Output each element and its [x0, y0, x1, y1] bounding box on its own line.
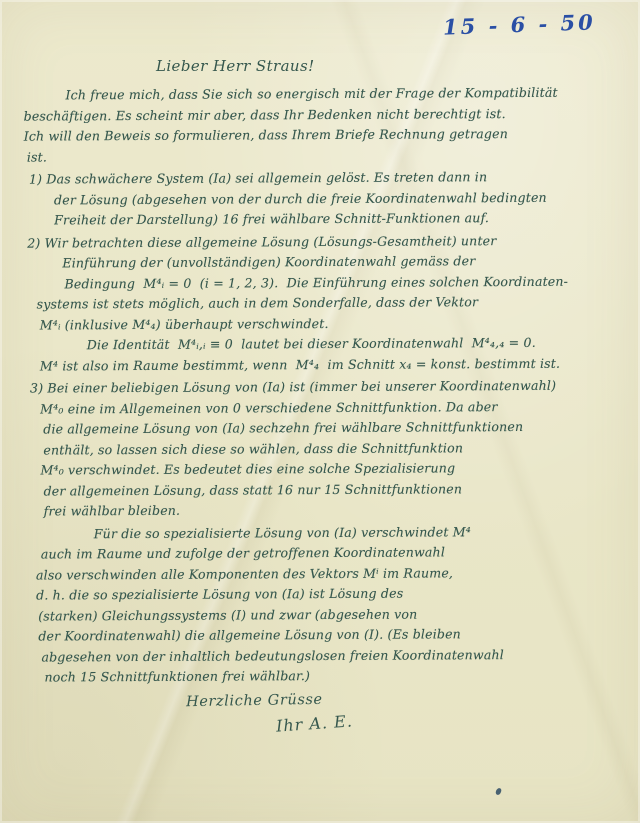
letter-body: Ich freue mich, dass Sie sich so energis… [23, 82, 632, 688]
closing-greeting: Herzliche Grüsse [186, 692, 323, 710]
letter-line: Bedingung M⁴ᵢ = 0 (i = 1, 2, 3). Die Ein… [24, 271, 630, 295]
letter-page: 15 - 6 - 50 Lieber Herr Straus! Ich freu… [0, 0, 640, 823]
letter-line: Freiheit der Darstellung) 16 frei wählba… [24, 207, 630, 231]
letter-paragraph: 2) Wir betrachten diese allgemeine Lösun… [24, 230, 631, 377]
letter-line: der Lösung (abgesehen von der durch die … [24, 187, 630, 211]
letter-line: frei wählbar bleiben. [26, 498, 632, 522]
letter-paragraph: 3) Bei einer beliebigen Lösung von (Ia) … [25, 375, 632, 522]
ink-blot [495, 787, 502, 795]
salutation: Lieber Herr Straus! [156, 57, 315, 75]
letter-line: 3) Bei einer beliebigen Lösung von (Ia) … [25, 375, 631, 399]
signature: Ihr A. E. [275, 711, 353, 735]
letter-line: Ich freue mich, dass Sie sich so energis… [23, 82, 629, 106]
letter-paragraph: Ich freue mich, dass Sie sich so energis… [23, 82, 629, 167]
letter-paragraph: 1) Das schwächere System (Ia) sei allgem… [24, 166, 630, 231]
letter-line: noch 15 Schnittfunktionen frei wählbar.) [26, 664, 632, 688]
letter-paragraph: Für die so spezialisierte Lösung von (Ia… [26, 521, 633, 688]
letter-line: M⁴ ist also im Raume bestimmt, wenn M⁴₄ … [25, 353, 631, 377]
letter-line: ist. [24, 144, 630, 168]
letter-date: 15 - 6 - 50 [443, 9, 597, 39]
